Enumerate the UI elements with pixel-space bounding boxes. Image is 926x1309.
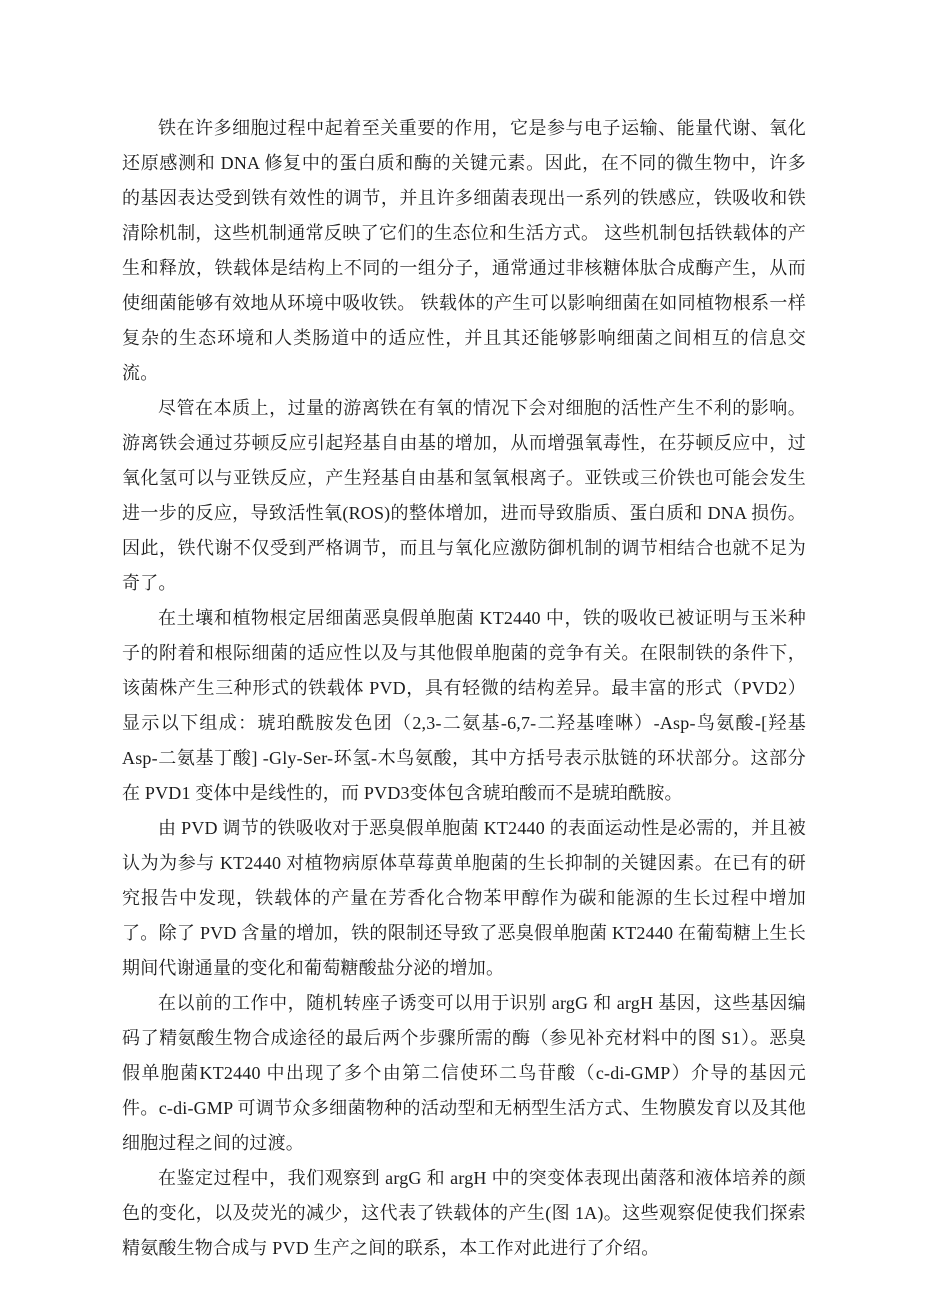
- document-page: 铁在许多细胞过程中起着至关重要的作用，它是参与电子运输、能量代谢、氧化还原感测和…: [0, 0, 926, 1309]
- paragraph-pvd-iron-uptake: 由 PVD 调节的铁吸收对于恶臭假单胞菌 KT2440 的表面运动性是必需的，并…: [122, 811, 806, 986]
- paragraph-transposon-mutagenesis: 在以前的工作中，随机转座子诱变可以用于识别 argG 和 argH 基因，这些基…: [122, 986, 806, 1161]
- paragraph-kt2440-pvd-forms: 在土壤和植物根定居细菌恶臭假单胞菌 KT2440 中，铁的吸收已被证明与玉米种子…: [122, 601, 806, 811]
- paragraph-free-iron-toxicity: 尽管在本质上，过量的游离铁在有氧的情况下会对细胞的活性产生不利的影响。游离铁会通…: [122, 391, 806, 601]
- paragraph-intro-iron-role: 铁在许多细胞过程中起着至关重要的作用，它是参与电子运输、能量代谢、氧化还原感测和…: [122, 111, 806, 391]
- paragraph-mutant-observations: 在鉴定过程中，我们观察到 argG 和 argH 中的突变体表现出菌落和液体培养…: [122, 1161, 806, 1266]
